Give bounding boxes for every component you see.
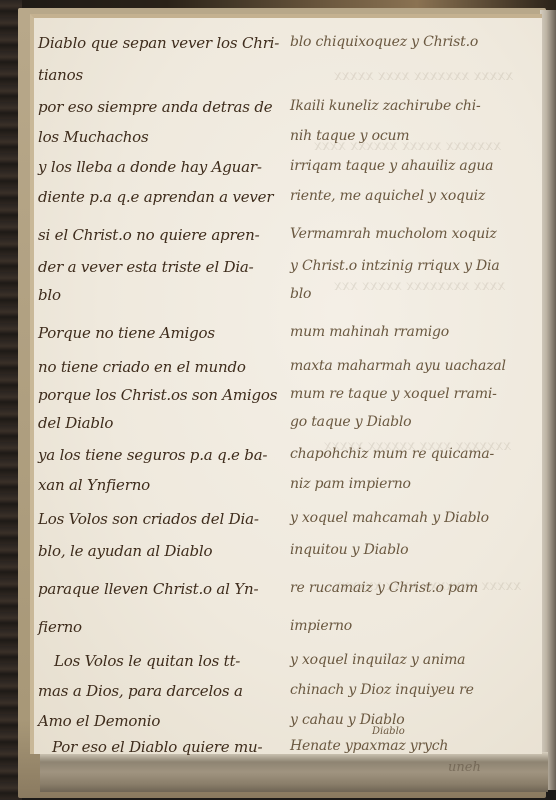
spanish-text: Los Volos le quitan los tt-: [54, 652, 240, 670]
spanish-text: diente p.a q.e aprendan a vever: [38, 188, 273, 206]
text-line: diente p.a q.e aprendan a vever riente, …: [38, 188, 538, 218]
text-line: xan al Ynfierno niz pam impierno: [38, 476, 538, 506]
native-text: nih taque y ocum: [290, 128, 409, 144]
native-text: go taque y Diablo: [290, 414, 411, 430]
text-line: Porque no tiene Amigos mum mahinah rrami…: [38, 324, 538, 354]
spanish-text: fierno: [38, 618, 82, 636]
native-text: y xoquel inquilaz y anima: [290, 652, 465, 668]
native-text: Henate ypaxmaz yrych: [290, 738, 448, 754]
spanish-text: y los lleba a donde hay Aguar-: [38, 158, 262, 176]
native-text: mum mahinah rramigo: [290, 324, 449, 340]
native-text: irriqam taque y ahauiliz agua: [290, 158, 493, 174]
native-text: inquitou y Diablo: [290, 542, 408, 558]
spanish-text: blo: [38, 286, 61, 304]
native-text: y xoquel mahcamah y Diablo: [290, 510, 489, 526]
spanish-text: del Diablo: [38, 414, 113, 432]
native-text: blo: [290, 286, 311, 302]
spanish-text: Los Volos son criados del Dia-: [38, 510, 259, 528]
spanish-text: Amo el Demonio: [38, 712, 160, 730]
text-line: paraque lleven Christ.o al Yn- re rucama…: [38, 580, 538, 610]
native-text: Vermamrah mucholom xoquiz: [290, 226, 497, 242]
text-line: blo, le ayudan al Diablo inquitou y Diab…: [38, 542, 538, 572]
spanish-text: der a vever esta triste el Dia-: [38, 258, 254, 276]
page-edge-right: [540, 10, 556, 790]
text-line: los Muchachos nih taque y ocum: [38, 128, 538, 158]
spanish-text: Porque no tiene Amigos: [38, 324, 215, 342]
text-line: y los lleba a donde hay Aguar- irriqam t…: [38, 158, 538, 188]
text-line: ya los tiene seguros p.a q.e ba- chapohc…: [38, 446, 538, 476]
spanish-text: xan al Ynfierno: [38, 476, 150, 494]
spanish-text: blo, le ayudan al Diablo: [38, 542, 212, 560]
spanish-text: por eso siempre anda detras de: [38, 98, 272, 116]
text-line: por eso siempre anda detras de Ikaili ku…: [38, 98, 538, 128]
text-line: Diablo que sepan vever los Chri- blo chi…: [38, 34, 538, 64]
text-line: del Diablo go taque y Diablo: [38, 414, 538, 444]
text-line: si el Christ.o no quiere apren- Vermamra…: [38, 226, 538, 256]
interlinear-correction: Diablo: [372, 726, 405, 737]
text-line: Los Volos son criados del Dia- y xoquel …: [38, 510, 538, 540]
native-text: blo chiquixoquez y Christ.o: [290, 34, 478, 50]
text-line: der a vever esta triste el Dia- y Christ…: [38, 258, 538, 288]
native-text: impierno: [290, 618, 352, 634]
native-text: maxta maharmah ayu uachazal: [290, 358, 506, 374]
native-text: Ikaili kuneliz zachirube chi-: [290, 98, 481, 114]
text-line: porque los Christ.os son Amigos mum re t…: [38, 386, 538, 416]
spanish-text: Por eso el Diablo quiere mu-: [52, 738, 262, 756]
native-text: re rucamaiz y Christ.o pam: [290, 580, 478, 596]
native-text: y Christ.o intzinig rriqux y Dia: [290, 258, 499, 274]
text-line: mas a Dios, para darcelos a chinach y Di…: [38, 682, 538, 712]
text-line: Por eso el Diablo quiere mu- Henate ypax…: [38, 738, 538, 768]
text-line: fierno impierno: [38, 618, 538, 648]
spanish-text: porque los Christ.os son Amigos: [38, 386, 277, 404]
native-text: niz pam impierno: [290, 476, 411, 492]
spanish-text: tianos: [38, 66, 83, 84]
spanish-text: paraque lleven Christ.o al Yn-: [38, 580, 258, 598]
text-line: tianos: [38, 66, 538, 96]
spanish-text: los Muchachos: [38, 128, 149, 146]
native-text: riente, me aquichel y xoquiz: [290, 188, 485, 204]
native-text: chinach y Dioz inquiyeu re: [290, 682, 474, 698]
native-text: chapohchiz mum re quicama-: [290, 446, 494, 462]
native-text: mum re taque y xoquel rrami-: [290, 386, 497, 402]
text-line: Los Volos le quitan los tt- y xoquel inq…: [38, 652, 538, 682]
spanish-text: si el Christ.o no quiere apren-: [38, 226, 259, 244]
spanish-text: no tiene criado en el mundo: [38, 358, 246, 376]
spanish-text: Diablo que sepan vever los Chri-: [38, 34, 279, 52]
spanish-text: ya los tiene seguros p.a q.e ba-: [38, 446, 267, 464]
text-line: blo blo: [38, 286, 538, 316]
text-line: no tiene criado en el mundo maxta maharm…: [38, 358, 538, 388]
spanish-text: mas a Dios, para darcelos a: [38, 682, 243, 700]
manuscript-page: xxxxx xxxxxxx xxxx xxxxx xxxxxxx xxxxx x…: [30, 14, 542, 754]
